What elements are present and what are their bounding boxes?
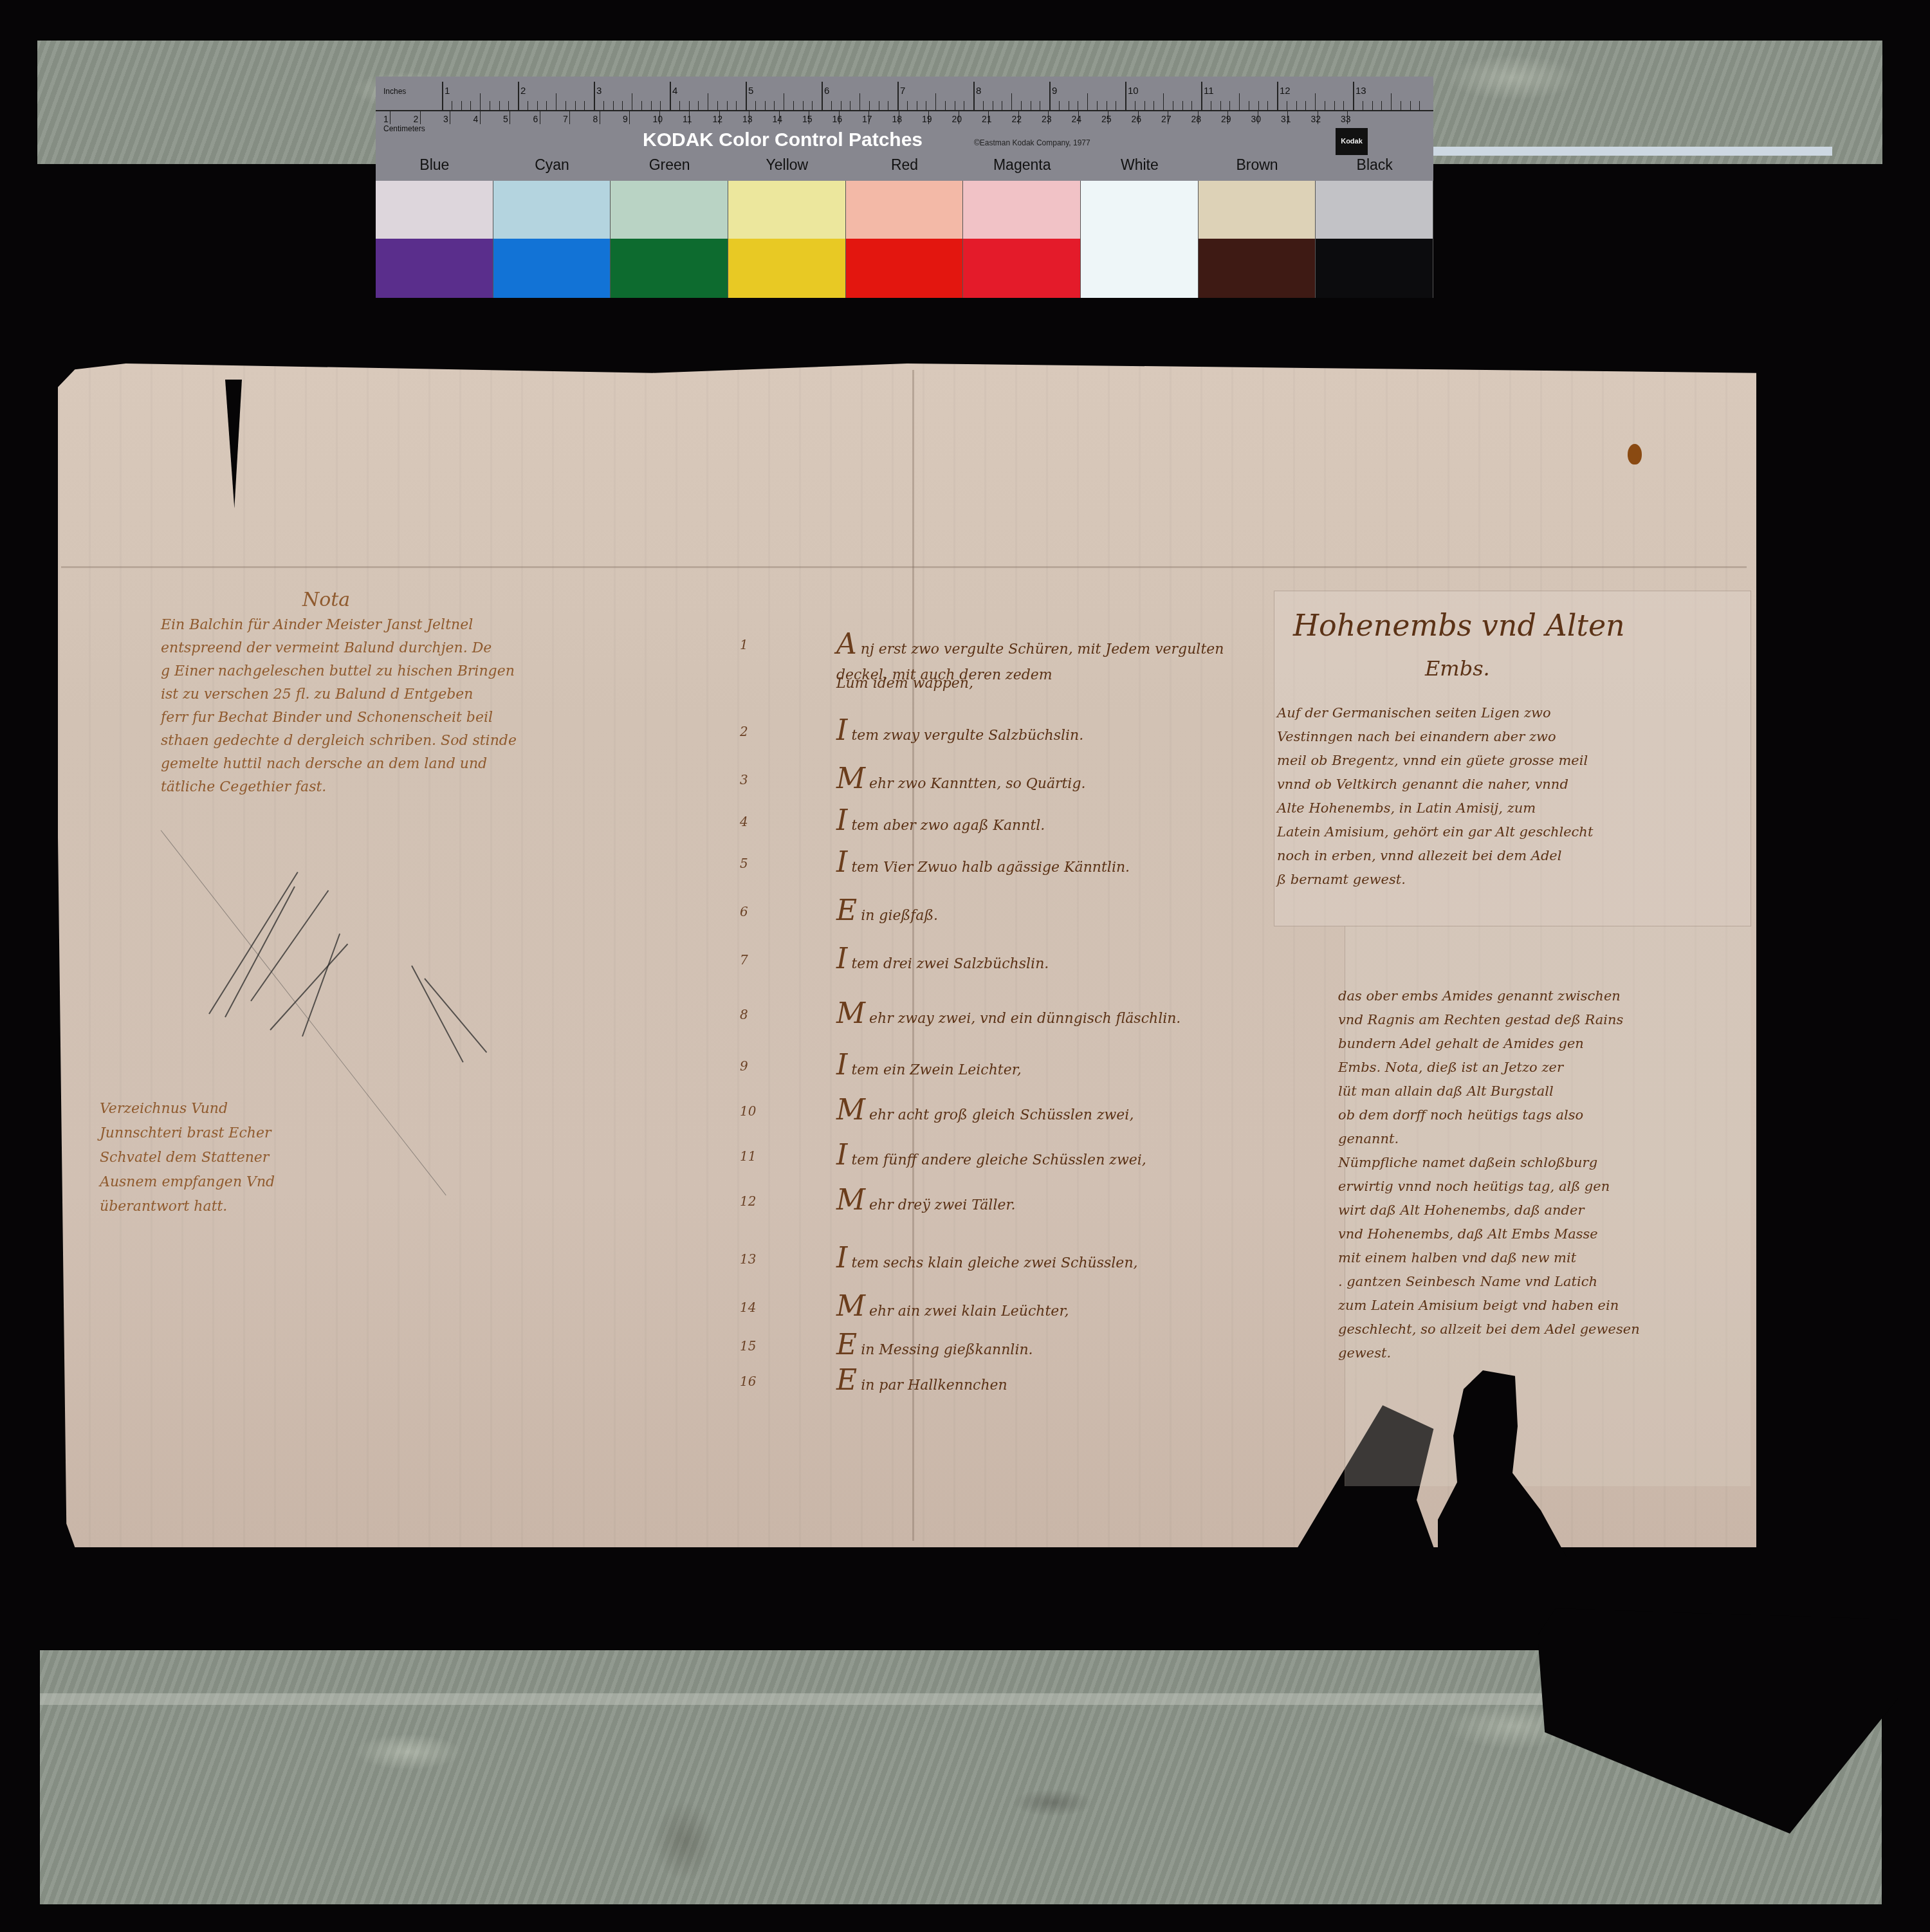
cm-tick-label: 3 [443, 114, 448, 124]
patch-dark-brown [1199, 239, 1316, 298]
inch-tick-label: 3 [596, 86, 602, 97]
inventory-description: tem sechs klain gleiche zwei Schüsslen, [851, 1255, 1137, 1271]
slip-line: vnnd ob Veltkirch genannt die naher, vnn… [1277, 773, 1740, 796]
lower-text-line: . gantzen Seinbesch Name vnd Latich [1338, 1270, 1750, 1294]
cm-tick-label: 31 [1281, 114, 1291, 124]
inventory-initial: I [836, 943, 847, 975]
inch-subtick [1040, 101, 1040, 110]
inch-subtick [955, 101, 955, 110]
inventory-number: 15 [740, 1338, 766, 1354]
ink-stain [1628, 444, 1642, 465]
inventory-description: in gießfaß. [861, 908, 938, 924]
cm-tick [450, 110, 450, 124]
inch-subtick [774, 101, 775, 110]
inch-subtick [859, 93, 860, 110]
inch-tick-label: 2 [520, 86, 526, 97]
inch-tick [1277, 82, 1278, 110]
inch-tick-label: 12 [1280, 86, 1291, 97]
cm-tick-label: 18 [892, 114, 903, 124]
inventory-text: Item drei zwei Salzbüchslin. [836, 952, 1049, 972]
inventory-description: ehr dreÿ zwei Täller. [869, 1197, 1015, 1213]
inch-subtick [632, 93, 632, 110]
inch-subtick [945, 101, 946, 110]
inventory-description: tem aber zwo agaß Kanntl. [851, 818, 1045, 834]
inch-subtick [917, 101, 917, 110]
cm-tick-label: 20 [952, 114, 962, 124]
inventory-initial: M [836, 997, 865, 1030]
inch-tick [973, 82, 975, 110]
slip-line: Auf der Germanischen seiten Ligen zwo [1277, 701, 1740, 725]
inventory-continuation: Lum idem wappen, [836, 676, 973, 692]
inventory-number: 5 [740, 856, 766, 871]
centimeters-label: Centimeters [383, 124, 425, 133]
margin-note-line: Ausnem empfangen Vnd [100, 1170, 370, 1195]
inventory-item: 3Mehr zwo Kanntten, so Quärtig. [740, 766, 1242, 807]
lower-text-line: Nümpfliche namet daßein schloßburg [1338, 1151, 1750, 1175]
cm-tick-label: 33 [1341, 114, 1351, 124]
cm-tick-label: 10 [653, 114, 663, 124]
inch-tick [1201, 82, 1202, 110]
inventory-initial: E [836, 1364, 857, 1397]
inventory-description: tem Vier Zwuo halb agässige Känntlin. [851, 860, 1130, 876]
patch-light-yellow [728, 181, 846, 239]
inch-subtick [717, 101, 718, 110]
patch-label-red: Red [846, 156, 964, 181]
inch-tick-label: 5 [748, 86, 753, 97]
inch-subtick [556, 93, 556, 110]
lower-text-line: bundern Adel gehalt de Amides gen [1338, 1032, 1750, 1056]
inch-subtick [603, 101, 604, 110]
inch-subtick [508, 101, 509, 110]
inch-subtick [613, 101, 614, 110]
slip-subtitle: Embs. [1425, 656, 1490, 681]
inventory-initial: I [836, 714, 847, 747]
inventory-number: 1 [740, 637, 766, 652]
cm-tick-label: 13 [742, 114, 753, 124]
inch-subtick [879, 101, 879, 110]
inventory-text: Item zway vergulte Salzbüchslin. [836, 724, 1083, 744]
inventory-initial: A [836, 628, 857, 661]
inch-subtick [546, 101, 547, 110]
inventory-number: 11 [740, 1148, 766, 1164]
inch-subtick [784, 93, 784, 110]
cm-tick-label: 6 [533, 114, 538, 124]
inch-subtick [1059, 101, 1060, 110]
nota-line: ist zu verschen 25 fl. zu Balund d Entge… [161, 683, 675, 706]
inch-subtick [1325, 101, 1325, 110]
inch-subtick [461, 101, 462, 110]
inch-subtick [565, 101, 566, 110]
inventory-description: ehr ain zwei klain Leüchter, [869, 1303, 1069, 1320]
inch-subtick [1135, 101, 1135, 110]
inch-subtick [452, 101, 452, 110]
inch-subtick [983, 101, 984, 110]
inventory-description: tem ein Zwein Leichter, [851, 1062, 1021, 1078]
inch-subtick [793, 101, 794, 110]
inch-subtick [907, 101, 908, 110]
cm-tick-label: 17 [862, 114, 872, 124]
patch-light-brown [1199, 181, 1316, 239]
nota-line: ferr fur Bechat Binder und Schonenscheit… [161, 706, 675, 730]
inch-tick [746, 82, 747, 110]
inch-subtick [1410, 101, 1411, 110]
nota-text: Ein Balchin für Ainder Meister Janst Jel… [161, 614, 675, 799]
inventory-number: 9 [740, 1058, 766, 1074]
inch-subtick [1258, 101, 1259, 110]
inch-tick [594, 82, 595, 110]
inch-subtick [1315, 93, 1316, 110]
inch-subtick [1011, 93, 1012, 110]
inventory-item: 7Item drei zwei Salzbüchslin. [740, 946, 1242, 1000]
nota-line: g Einer nachgeleschen buttel zu hischen … [161, 660, 675, 683]
inch-subtick [831, 101, 832, 110]
lower-text: das ober embs Amides genannt zwischenvnd… [1338, 984, 1750, 1365]
inch-subtick [1372, 101, 1373, 110]
cm-tick [420, 110, 421, 124]
inventory-item: 15Ein Messing gießkannlin. [740, 1332, 1242, 1367]
inventory-number: 4 [740, 814, 766, 829]
inventory-initial: I [836, 1139, 847, 1172]
ruler-divider [376, 110, 1433, 111]
inventory-number: 3 [740, 772, 766, 787]
inch-subtick [812, 101, 813, 110]
inventory-item: 5Item Vier Zwuo halb agässige Känntlin. [740, 849, 1242, 897]
patch-label-magenta: Magenta [963, 156, 1081, 181]
cm-tick-label: 23 [1042, 114, 1052, 124]
inventory-initial: I [836, 1242, 847, 1274]
cm-tick [480, 110, 481, 124]
inch-subtick [470, 101, 471, 110]
inventory-text: Mehr acht groß gleich Schüsslen zwei, [836, 1103, 1134, 1123]
lower-text-line: zum Latein Amisium beigt vnd haben ein [1338, 1294, 1750, 1318]
inches-label: Inches [383, 87, 406, 96]
nota-line: sthaen gedechte d dergleich schriben. So… [161, 730, 675, 753]
inventory-text: Item fünff andere gleiche Schüsslen zwei… [836, 1148, 1146, 1168]
lower-text-line: genannt. [1338, 1127, 1750, 1151]
inch-tick [1353, 82, 1354, 110]
cm-tick-label: 21 [982, 114, 992, 124]
inch-subtick [622, 101, 623, 110]
inch-subtick [480, 93, 481, 110]
patch-light-black [1316, 181, 1433, 239]
inch-subtick [651, 101, 652, 110]
cm-tick-label: 19 [922, 114, 932, 124]
inventory-number: 12 [740, 1193, 766, 1209]
cm-tick-label: 22 [1012, 114, 1022, 124]
lower-text-line: geschlecht, so allzeit bei dem Adel gewe… [1338, 1318, 1750, 1341]
lower-text-line: wirt daß Alt Hohenembs, daß ander [1338, 1199, 1750, 1222]
patch-label-yellow: Yellow [728, 156, 846, 181]
cm-tick-label: 30 [1251, 114, 1262, 124]
cm-tick-label: 7 [563, 114, 568, 124]
patch-dark-yellow [728, 239, 846, 298]
inch-subtick [1097, 101, 1098, 110]
lower-text-line: vnd Hohenembs, daß Alt Embs Masse [1338, 1222, 1750, 1246]
inch-subtick [708, 93, 708, 110]
patch-row-dark [376, 239, 1433, 298]
inventory-text: Mehr zwo Kanntten, so Quärtig. [836, 772, 1086, 792]
lower-text-line: gewest. [1338, 1341, 1750, 1365]
inventory-initial: M [836, 1094, 865, 1127]
inventory-item: 13Item sechs klain gleiche zwei Schüssle… [740, 1245, 1242, 1293]
inventory-initial: I [836, 846, 847, 879]
cm-tick-label: 24 [1072, 114, 1082, 124]
cm-tick-label: 12 [713, 114, 723, 124]
inventory-number: 16 [740, 1374, 766, 1389]
inch-subtick [803, 101, 804, 110]
inch-subtick [755, 101, 756, 110]
inch-tick-label: 4 [672, 86, 677, 97]
inch-subtick [1191, 101, 1192, 110]
patch-light-cyan [493, 181, 611, 239]
cm-tick-label: 26 [1132, 114, 1142, 124]
inch-subtick [1116, 101, 1116, 110]
inventory-number: 10 [740, 1103, 766, 1119]
patch-label-cyan: Cyan [493, 156, 611, 181]
lower-text-line: das ober embs Amides genannt zwischen [1338, 984, 1750, 1008]
inventory-description: tem fünff andere gleiche Schüsslen zwei, [851, 1152, 1146, 1168]
inventory-item: 8Mehr zway zwei, vnd ein dünngisch fläsc… [740, 1000, 1242, 1052]
inventory-description: ehr acht groß gleich Schüsslen zwei, [869, 1107, 1134, 1123]
cm-tick-label: 15 [802, 114, 813, 124]
cm-tick-label: 29 [1221, 114, 1231, 124]
inventory-text: Ein par Hallkennchen [836, 1374, 1007, 1394]
cm-tick-label: 1 [383, 114, 389, 124]
inch-subtick [679, 101, 680, 110]
inventory-list: 1Anj erst zwo vergulte Schüren, mit Jede… [740, 611, 1242, 1403]
patch-dark-red [846, 239, 964, 298]
slip-line: Latein Amisium, gehört ein gar Alt gesch… [1277, 820, 1740, 844]
inch-tick [518, 82, 519, 110]
inventory-item: 1Anj erst zwo vergulte Schüren, mit Jede… [740, 611, 1242, 717]
inventory-text: Mehr ain zwei klain Leüchter, [836, 1300, 1069, 1320]
cm-tick-label: 28 [1191, 114, 1202, 124]
inventory-initial: I [836, 804, 847, 837]
patch-dark-blue [376, 239, 493, 298]
inch-subtick [1021, 101, 1022, 110]
kodak-copyright: ©Eastman Kodak Company, 1977 [974, 138, 1090, 147]
nota-line: gemelte huttil nach dersche an dem land … [161, 753, 675, 776]
inventory-item: 11Item fünff andere gleiche Schüsslen zw… [740, 1142, 1242, 1187]
inch-tick-label: 9 [1052, 86, 1057, 97]
inch-subtick [850, 101, 850, 110]
inventory-item: 10Mehr acht groß gleich Schüsslen zwei, [740, 1097, 1242, 1142]
cm-tick [390, 110, 391, 124]
slip-line: Alte Hohenembs, in Latin Amisij, zum [1277, 796, 1740, 820]
patch-row-light [376, 181, 1433, 239]
inch-subtick [1229, 101, 1230, 110]
cm-tick [600, 110, 600, 124]
cm-tick-label: 27 [1161, 114, 1172, 124]
patch-light-white [1081, 181, 1199, 239]
inch-subtick [490, 101, 490, 110]
slip-title: Hohenembs vnd Alten [1293, 608, 1625, 643]
inventory-text: Item ein Zwein Leichter, [836, 1058, 1022, 1078]
inch-tick [442, 82, 443, 110]
inch-subtick [1069, 101, 1069, 110]
inch-subtick [1002, 101, 1002, 110]
slip-line: meil ob Bregentz, vnnd ein güete grosse … [1277, 749, 1740, 773]
cm-tick-label: 9 [623, 114, 628, 124]
inch-subtick [1220, 101, 1221, 110]
inch-subtick [1144, 101, 1145, 110]
inch-subtick [1173, 101, 1173, 110]
inch-subtick [727, 101, 728, 110]
inch-subtick [575, 101, 576, 110]
inventory-initial: M [836, 1184, 865, 1217]
inventory-number: 13 [740, 1251, 766, 1267]
slip-line: Vestinngen nach bei einandern aber zwo [1277, 725, 1740, 749]
cm-tick-label: 2 [414, 114, 419, 124]
inventory-text: Item sechs klain gleiche zwei Schüsslen, [836, 1251, 1138, 1271]
inch-subtick [935, 93, 936, 110]
fold-line-horizontal [61, 566, 1747, 568]
inventory-text: Ein gießfaß. [836, 904, 938, 924]
kodak-color-control-strip: Inches Centimeters 12345678910111213 123… [376, 77, 1433, 298]
inch-subtick [1401, 101, 1401, 110]
inch-subtick [1296, 101, 1297, 110]
nota-heading: Nota [302, 589, 675, 611]
inch-subtick [1381, 101, 1382, 110]
kodak-logo-text: Kodak [1341, 138, 1363, 145]
inch-subtick [993, 101, 993, 110]
inch-tick [822, 82, 823, 110]
inch-tick-label: 11 [1204, 86, 1214, 97]
inventory-item: 6Ein gießfaß. [740, 897, 1242, 946]
inch-subtick [765, 101, 766, 110]
inventory-initial: E [836, 1329, 857, 1361]
inch-tick [897, 82, 899, 110]
nota-line: tätliche Cegethier fast. [161, 776, 675, 799]
inch-subtick [1031, 101, 1031, 110]
inch-subtick [1163, 93, 1164, 110]
inch-subtick [1287, 101, 1287, 110]
inch-subtick [641, 101, 642, 110]
cm-tick-label: 25 [1101, 114, 1112, 124]
inch-subtick [1078, 101, 1078, 110]
inch-subtick [698, 101, 699, 110]
inch-subtick [584, 101, 585, 110]
cm-tick-label: 32 [1311, 114, 1321, 124]
inventory-item: 2Item zway vergulte Salzbüchslin. [740, 717, 1242, 766]
cm-tick [510, 110, 510, 124]
inch-subtick [1391, 93, 1392, 110]
inventory-item: 16Ein par Hallkennchen [740, 1367, 1242, 1403]
cm-tick [629, 110, 630, 124]
lower-text-line: Embs. Nota, dieß ist an Jetzo zer [1338, 1056, 1750, 1080]
cm-tick [569, 110, 570, 124]
patch-label-blue: Blue [376, 156, 493, 181]
lower-text-line: mit einem halben vnd daß new mit [1338, 1246, 1750, 1270]
lower-text-line: lüt man allain daß Alt Burgstall [1338, 1080, 1750, 1103]
slip-line: noch in erben, vnnd allezeit bei dem Ade… [1277, 844, 1740, 868]
nota-block: Nota Ein Balchin für Ainder Meister Jans… [161, 589, 675, 799]
inch-subtick [1182, 101, 1183, 110]
patch-labels: BlueCyanGreenYellowRedMagentaWhiteBrownB… [376, 156, 1433, 181]
lower-text-line: ob dem dorff noch heütigs tags also [1338, 1103, 1750, 1127]
patch-light-blue [376, 181, 493, 239]
lower-text-line: erwirtig vnnd noch heütigs tag, alß gen [1338, 1175, 1750, 1199]
inch-subtick [689, 101, 690, 110]
margin-note-line: überantwort hatt. [100, 1195, 370, 1219]
cm-tick-label: 14 [773, 114, 783, 124]
inventory-description: in par Hallkennchen [861, 1377, 1007, 1394]
inventory-text: Ein Messing gießkannlin. [836, 1338, 1033, 1358]
inch-subtick [964, 101, 964, 110]
inventory-number: 8 [740, 1007, 766, 1022]
patch-dark-cyan [493, 239, 611, 298]
cm-tick-label: 11 [683, 114, 692, 124]
patch-dark-magenta [963, 239, 1081, 298]
inventory-item: 14Mehr ain zwei klain Leüchter, [740, 1293, 1242, 1332]
inch-subtick [499, 101, 500, 110]
margin-note: Verzeichnus VundJunnschteri brast EcherS… [100, 1097, 370, 1219]
margin-note-line: Junnschteri brast Echer [100, 1121, 370, 1146]
inventory-description: in Messing gießkannlin. [861, 1342, 1033, 1358]
slip-text: Auf der Germanischen seiten Ligen zwoVes… [1277, 701, 1740, 892]
cm-tick-label: 5 [503, 114, 508, 124]
lower-text-line: vnd Ragnis am Rechten gestad deß Rains [1338, 1008, 1750, 1032]
patch-label-white: White [1081, 156, 1199, 181]
slip-line: ß bernamt gewest. [1277, 868, 1740, 892]
patch-dark-green [611, 239, 728, 298]
inch-tick-label: 1 [445, 86, 450, 97]
inventory-initial: M [836, 762, 865, 795]
inch-tick-label: 10 [1128, 86, 1139, 97]
inch-subtick [869, 101, 870, 110]
inventory-number: 2 [740, 724, 766, 739]
inch-subtick [528, 101, 528, 110]
nota-line: Ein Balchin für Ainder Meister Janst Jel… [161, 614, 675, 637]
inch-subtick [841, 101, 841, 110]
patch-label-green: Green [611, 156, 728, 181]
inventory-description: ehr zway zwei, vnd ein dünngisch fläschl… [869, 1011, 1181, 1027]
inch-tick-label: 8 [976, 86, 981, 97]
inch-subtick [1305, 101, 1306, 110]
inch-subtick [660, 101, 661, 110]
inventory-item: 4Item aber zwo agaß Kanntl. [740, 807, 1242, 849]
inch-tick-label: 6 [824, 86, 829, 97]
inventory-description: tem zway vergulte Salzbüchslin. [851, 728, 1083, 744]
inch-subtick [1249, 101, 1249, 110]
inch-tick-label: 7 [900, 86, 905, 97]
inventory-text: Mehr dreÿ zwei Täller. [836, 1193, 1016, 1213]
patch-label-brown: Brown [1199, 156, 1316, 181]
inch-subtick [1211, 101, 1211, 110]
patch-light-red [846, 181, 964, 239]
nota-line: entspreend der vermeint Balund durchjen.… [161, 637, 675, 660]
cm-tick-label: 8 [593, 114, 598, 124]
inch-tick [670, 82, 671, 110]
inventory-text: Mehr zway zwei, vnd ein dünngisch fläsch… [836, 1007, 1181, 1027]
inch-subtick [1267, 101, 1268, 110]
inch-subtick [1153, 101, 1154, 110]
inventory-description: ehr zwo Kanntten, so Quärtig. [869, 776, 1085, 792]
inch-tick [1125, 82, 1126, 110]
cm-tick-label: 4 [473, 114, 479, 124]
inventory-text: Item Vier Zwuo halb agässige Känntlin. [836, 856, 1130, 876]
inventory-item: 9Item ein Zwein Leichter, [740, 1052, 1242, 1097]
patch-light-magenta [963, 181, 1081, 239]
margin-note-line: Schvatel dem Stattener [100, 1146, 370, 1170]
inch-subtick [1107, 101, 1107, 110]
inch-subtick [1419, 101, 1420, 110]
inventory-item: 12Mehr dreÿ zwei Täller. [740, 1187, 1242, 1245]
patch-dark-black [1316, 239, 1433, 298]
inventory-initial: M [836, 1290, 865, 1323]
inventory-description: tem drei zwei Salzbüchslin. [851, 956, 1049, 972]
inch-subtick [1363, 101, 1363, 110]
